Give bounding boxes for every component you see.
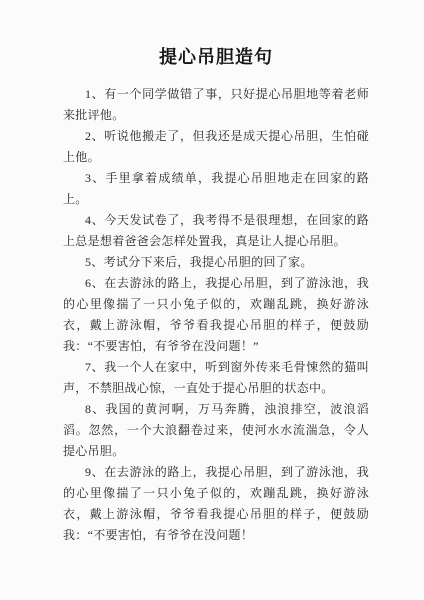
document-page: 提心吊胆造句 1、有一个同学做错了事，只好提心吊胆地等着老师来批评他。2、听说他…	[0, 0, 424, 600]
sentence-paragraph: 6、在去游泳的路上，我提心吊胆，到了游泳池，我的心里像揣了一只小兔子似的，欢蹦乱…	[63, 273, 369, 357]
sentence-paragraph: 2、听说他搬走了，但我还是成天提心吊胆，生怕碰上他。	[63, 126, 369, 168]
sentence-paragraph: 3、手里拿着成绩单，我提心吊胆地走在回家的路上。	[63, 168, 369, 210]
sentence-paragraph: 8、我国的黄河啊，万马奔腾，浊浪排空，波浪滔滔。忽然，一个大浪翻卷过来，使河水水…	[63, 399, 369, 462]
sentence-paragraph: 4、今天发试卷了，我考得不是很理想，在回家的路上总是想着爸爸会怎样处置我，真是让…	[63, 210, 369, 252]
sentence-paragraph: 1、有一个同学做错了事，只好提心吊胆地等着老师来批评他。	[63, 84, 369, 126]
sentence-list: 1、有一个同学做错了事，只好提心吊胆地等着老师来批评他。2、听说他搬走了，但我还…	[63, 84, 369, 546]
page-title: 提心吊胆造句	[63, 44, 369, 70]
sentence-paragraph: 9、在去游泳的路上，我提心吊胆，到了游泳池，我的心里像揣了一只小兔子似的，欢蹦乱…	[63, 462, 369, 546]
sentence-paragraph: 5、考试分下来后，我提心吊胆的回了家。	[63, 252, 369, 273]
sentence-paragraph: 7、我一个人在家中，听到窗外传来毛骨悚然的猫叫声，不禁胆战心惊，一直处于提心吊胆…	[63, 357, 369, 399]
